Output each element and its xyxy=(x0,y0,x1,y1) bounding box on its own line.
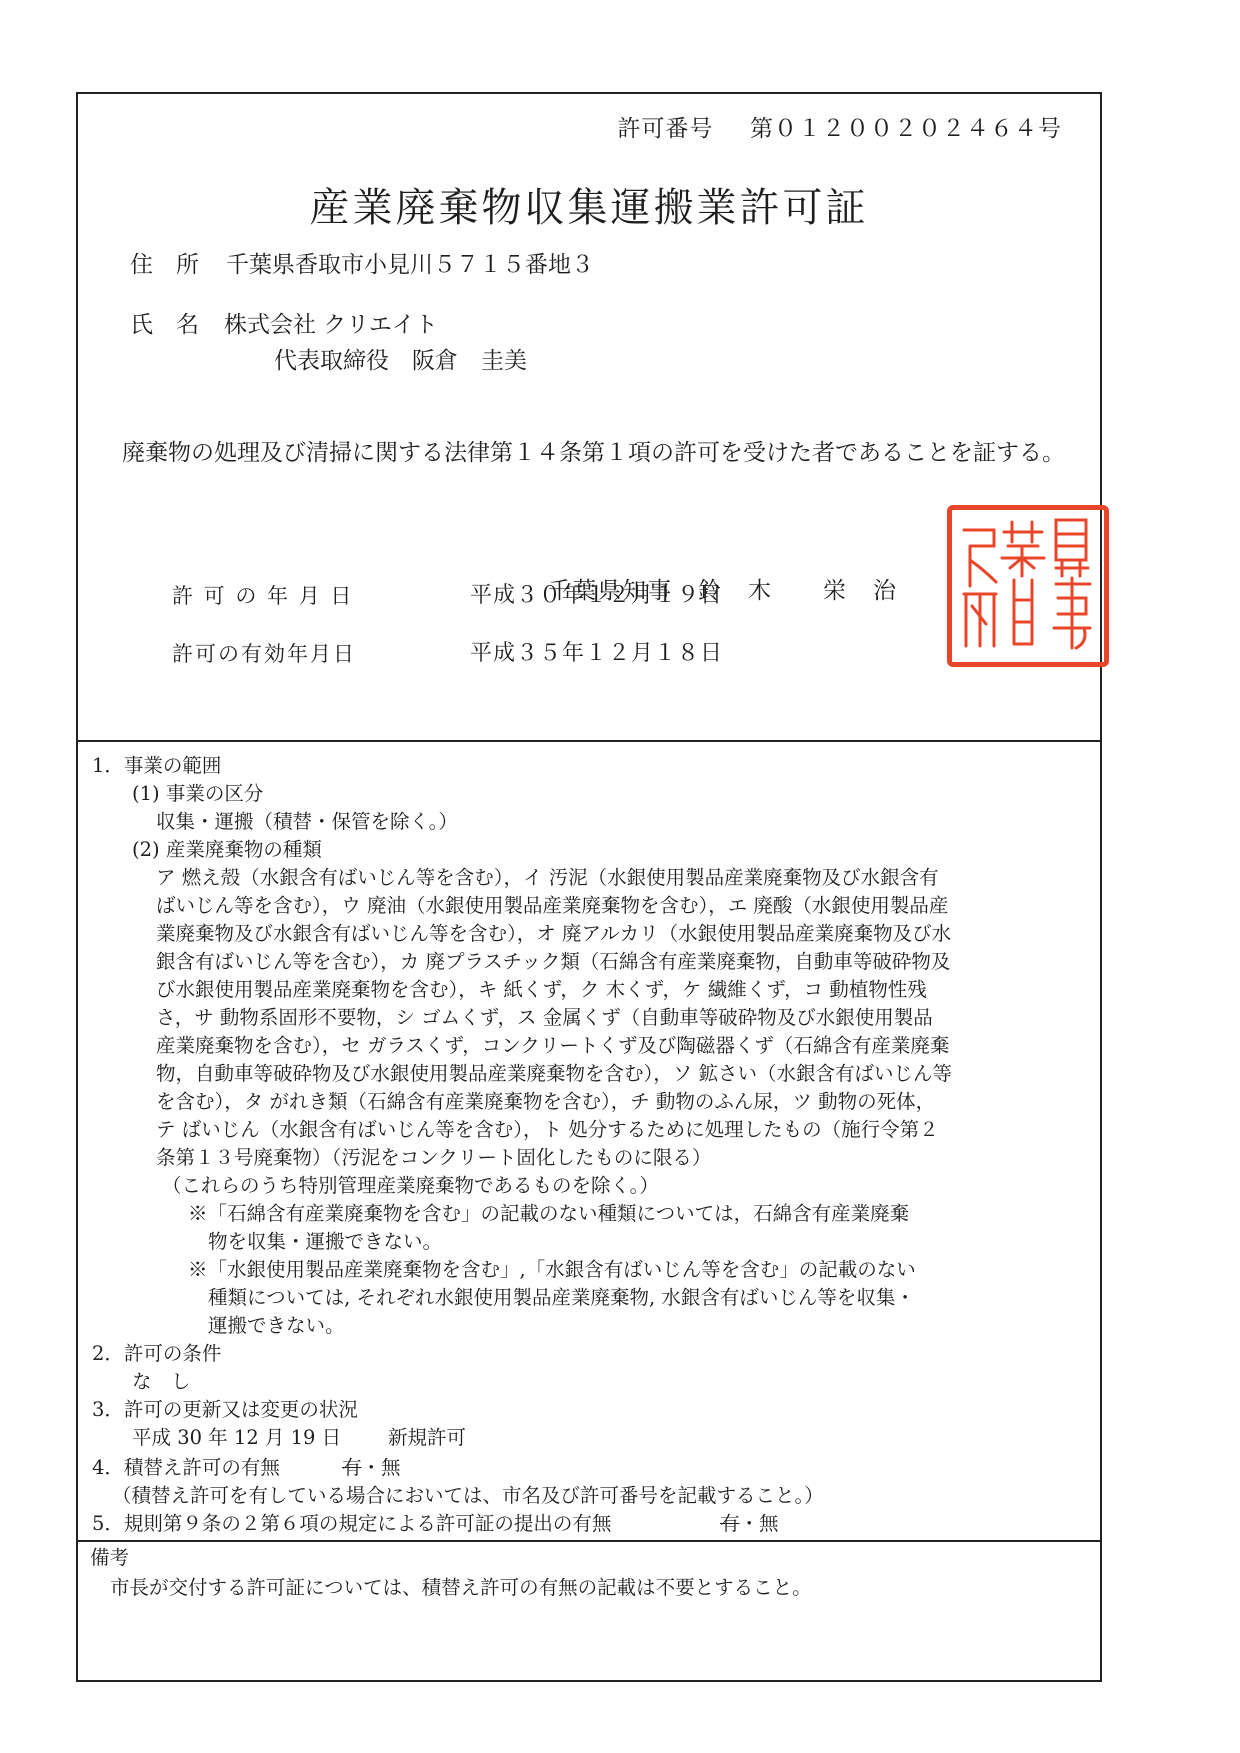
section-4-heading: 4．積替え許可の有無 xyxy=(92,1454,280,1482)
remarks-heading: 備考 xyxy=(90,1544,129,1572)
permit-number-value: 第０１２００２０２４６４号 xyxy=(750,116,1062,142)
waste-types-line: 条第１３号廃棄物）（汚泥をコンクリート固化したものに限る） xyxy=(156,1144,952,1172)
option-yes-struck: 有 xyxy=(342,1456,362,1479)
waste-types-line: 業廃棄物及び水銀含有ばいじん等を含む），オ 廃アルカリ（水銀使用製品産業廃棄物及… xyxy=(156,920,952,948)
section-4-note: （積替え許可を有している場合においては、市名及び許可番号を記載すること。） xyxy=(112,1482,824,1510)
address-label: 住 所 xyxy=(130,246,199,279)
mercury-note-line: 運搬できない。 xyxy=(188,1312,916,1340)
section-1-1-value: 収集・運搬（積替・保管を除く。） xyxy=(156,808,458,836)
option-yes-struck: 有 xyxy=(720,1512,740,1535)
mercury-note-line: 種類については, それぞれ水銀使用製品産業廃棄物, 水銀含有ばいじん等を収集・ xyxy=(188,1284,916,1312)
permit-date-value: 平成３０年１２月１９日 xyxy=(470,578,723,609)
exclusion-note: （これらのうち特別管理産業廃棄物であるものを除く。） xyxy=(162,1172,659,1200)
section-divider xyxy=(78,740,1100,742)
waste-types-line: 銀含有ばいじん等を含む），カ 廃プラスチック類（石綿含有産業廃棄物，自動車等破砕… xyxy=(156,948,952,976)
option-separator: ・ xyxy=(740,1512,760,1535)
expiry-date-value: 平成３５年１２月１８日 xyxy=(470,636,723,667)
address-value: 千葉県香取市小見川５７１５番地３ xyxy=(226,246,594,279)
name-label: 氏 名 xyxy=(130,306,199,339)
company-name: 株式会社 クリエイト xyxy=(224,306,438,339)
section-1-1-heading: (1) 事業の区分 xyxy=(132,780,263,808)
section-3-date: 平成 30 年 12 月 19 日 xyxy=(132,1424,341,1452)
section-2-value: な し xyxy=(132,1368,191,1396)
remarks-text: 市長が交付する許可証については、積替え許可の有無の記載は不要とすること。 xyxy=(110,1574,812,1602)
asbestos-note: ※「石綿含有産業廃棄物を含む」の記載のない種類については，石綿含有産業廃棄 物を… xyxy=(188,1200,909,1256)
option-separator: ・ xyxy=(362,1456,382,1479)
certificate-frame: 許可番号 第０１２００２０２４６４号 産業廃棄物収集運搬業許可証 住 所 千葉県… xyxy=(76,92,1102,1682)
mercury-note: ※「水銀使用製品産業廃棄物を含む」,「水銀含有ばいじん等を含む」の記載のない 種… xyxy=(188,1256,916,1340)
section-5-options: 有・無 xyxy=(720,1510,779,1538)
waste-types-line: 産業廃棄物を含む），セ ガラスくず，コンクリートくず及び陶磁器くず（石綿含有産業… xyxy=(156,1032,952,1060)
option-no: 無 xyxy=(759,1512,779,1535)
permit-date-label: 許 可 の 年 月 日 xyxy=(172,580,353,610)
mercury-note-line: ※「水銀使用製品産業廃棄物を含む」,「水銀含有ばいじん等を含む」の記載のない xyxy=(188,1256,916,1284)
section-3-status: 新規許可 xyxy=(388,1424,466,1452)
asbestos-note-line: 物を収集・運搬できない。 xyxy=(188,1228,909,1256)
section-3-heading: 3．許可の更新又は変更の状況 xyxy=(92,1396,358,1424)
section-1-heading: 1．事業の範囲 xyxy=(92,752,221,780)
waste-types-line: び水銀使用製品産業廃棄物を含む），キ 紙くず，ク 木くず，ケ 繊維くず，コ 動植… xyxy=(156,976,952,1004)
certification-statement: 廃棄物の処理及び清掃に関する法律第１４条第１項の許可を受けた者であることを証する… xyxy=(122,434,1065,467)
document-title: 産業廃棄物収集運搬業許可証 xyxy=(78,176,1100,233)
asbestos-note-line: ※「石綿含有産業廃棄物を含む」の記載のない種類については，石綿含有産業廃棄 xyxy=(188,1200,909,1228)
permit-number-label: 許可番号 xyxy=(617,116,713,142)
section-5-heading: 5．規則第９条の２第６項の規定による許可証の提出の有無 xyxy=(92,1510,611,1538)
waste-types-list: ア 燃え殻（水銀含有ばいじん等を含む），イ 汚泥（水銀使用製品産業廃棄物及び水銀… xyxy=(156,864,952,1172)
waste-types-line: テ ばいじん（水銀含有ばいじん等を含む），ト 処分するために処理したもの（施行令… xyxy=(156,1116,952,1144)
remarks-divider xyxy=(78,1540,1100,1542)
waste-types-line: を含む），タ がれき類（石綿含有産業廃棄物を含む），チ 動物のふん尿，ツ 動物の… xyxy=(156,1088,952,1116)
official-seal-icon xyxy=(947,505,1109,667)
option-no: 無 xyxy=(381,1456,401,1479)
waste-types-line: 物，自動車等破砕物及び水銀使用製品産業廃棄物を含む），ソ 鉱さい（水銀含有ばいじ… xyxy=(156,1060,952,1088)
section-2-heading: 2．許可の条件 xyxy=(92,1340,221,1368)
permit-number: 許可番号 第０１２００２０２４６４号 xyxy=(617,110,1062,143)
section-4-options: 有・無 xyxy=(342,1454,401,1482)
section-1-2-heading: (2) 産業廃棄物の種類 xyxy=(132,836,322,864)
representative-name: 代表取締役 阪倉 圭美 xyxy=(274,342,527,375)
expiry-date-label: 許可の有効年月日 xyxy=(172,638,356,668)
waste-types-line: ばいじん等を含む），ウ 廃油（水銀使用製品産業廃棄物を含む），エ 廃酸（水銀使用… xyxy=(156,892,952,920)
waste-types-line: ア 燃え殻（水銀含有ばいじん等を含む），イ 汚泥（水銀使用製品産業廃棄物及び水銀… xyxy=(156,864,952,892)
waste-types-line: さ，サ 動物系固形不要物，シ ゴムくず，ス 金属くず（自動車等破砕物及び水銀使用… xyxy=(156,1004,952,1032)
